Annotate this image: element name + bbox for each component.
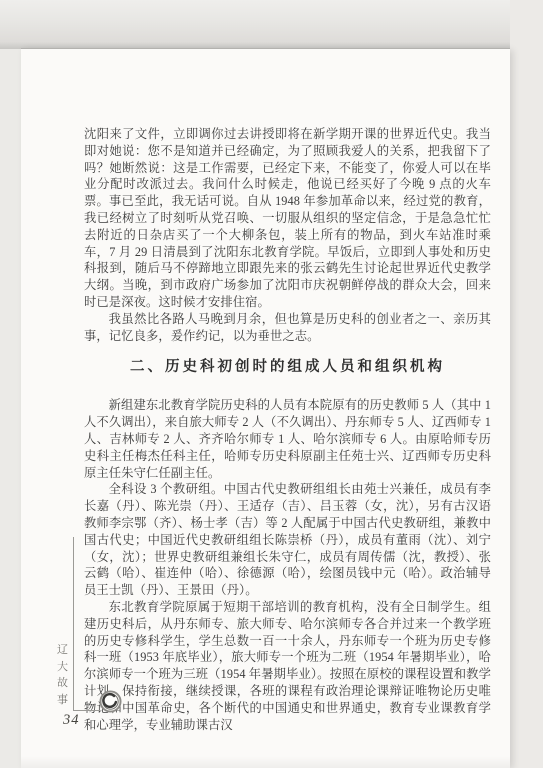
margin-rule-vertical [73, 537, 74, 711]
book-page: 沈阳来了文件，立即调你过去讲授即将在新学期开课的世界近代史。我当即对她说：您不是… [21, 49, 510, 768]
margin-rule-horizontal [73, 710, 100, 711]
scan-bottom-shadow [21, 756, 510, 768]
scan-background-top [0, 0, 543, 49]
paragraph: 东北教育学院原属于短期干部培训的教育机构，没有全日制学生。组建历史科后，从丹东师… [84, 599, 491, 733]
scanned-book-page: 沈阳来了文件，立即调你过去讲授即将在新学期开课的世界近代史。我当即对她说：您不是… [0, 0, 543, 768]
series-title-char: 辽 [55, 642, 70, 659]
series-title-char: 事 [55, 692, 70, 709]
series-title-char: 大 [55, 659, 70, 676]
paragraph-continued: 沈阳来了文件，立即调你过去讲授即将在新学期开课的世界近代史。我当即对她说：您不是… [84, 126, 491, 311]
section-heading: 二、历史科初创时的组成人员和组织机构 [84, 356, 491, 378]
paragraph: 我虽然比各路人马晚到月余，但也算是历史科的创业者之一、亲历其事，记忆良多，爰作约… [84, 311, 491, 345]
page-number: 34 [63, 712, 80, 729]
series-title-vertical: 辽 大 故 事 [55, 642, 70, 708]
paragraph: 全科设 3 个教研组。中国古代史教研组组长由苑士兴兼任，成员有李长嘉（丹）、陈光… [84, 481, 491, 599]
paragraph: 新组建东北教育学院历史科的人员有本院原有的历史教师 5 人（其中 1 人不久调出… [84, 397, 491, 481]
scan-background-right [510, 0, 543, 768]
circular-emblem-icon [99, 690, 122, 713]
series-title-char: 故 [55, 675, 70, 692]
page-content: 沈阳来了文件，立即调你过去讲授即将在新学期开课的世界近代史。我当即对她说：您不是… [84, 126, 491, 733]
